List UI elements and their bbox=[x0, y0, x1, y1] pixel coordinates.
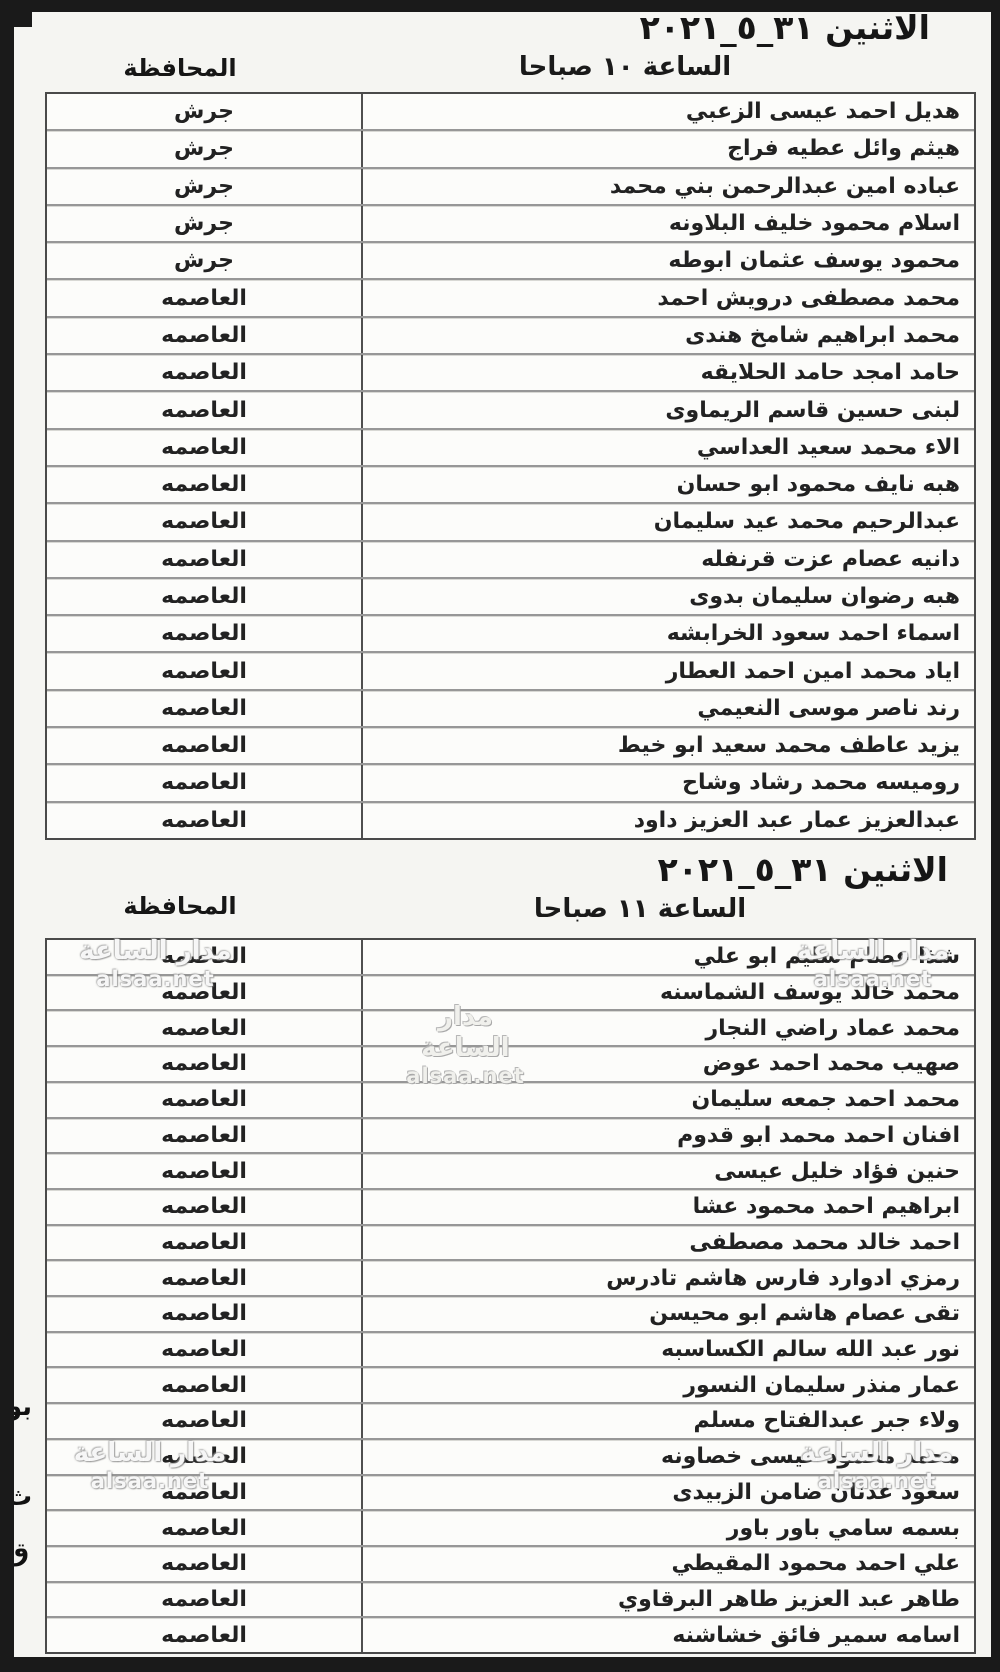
governorate-cell: العاصمه bbox=[47, 1119, 361, 1153]
governorate-cell: العاصمه bbox=[47, 1226, 361, 1260]
table-row: محمد مصطفى درويش احمد العاصمه bbox=[47, 280, 974, 317]
governorate-cell: جرش bbox=[47, 94, 361, 129]
table-row: عبدالعزيز عمار عبد العزيز داود العاصمه bbox=[47, 803, 974, 838]
person-name-cell: عبدالرحيم محمد عيد سليمان bbox=[361, 504, 974, 539]
governorate-cell: العاصمه bbox=[47, 616, 361, 651]
person-name-cell: علي احمد محمود المقيطي bbox=[361, 1547, 974, 1581]
governorate-cell: العاصمه bbox=[47, 1011, 361, 1045]
governorate-cell: العاصمه bbox=[47, 1261, 361, 1295]
table-row: هديل احمد عيسى الزعبي جرش bbox=[47, 94, 974, 131]
person-name-cell: الاء محمد سعيد العداسي bbox=[361, 430, 974, 465]
person-name-cell: احمد خالد محمد مصطفى bbox=[361, 1226, 974, 1260]
table-row: اسلام محمود خليف البلاونه جرش bbox=[47, 206, 974, 243]
person-name-cell: اسلام محمود خليف البلاونه bbox=[361, 206, 974, 241]
governorate-cell: العاصمه bbox=[47, 976, 361, 1010]
table-row: هيثم وائل عطيه فراج جرش bbox=[47, 131, 974, 168]
person-name-cell: سعود عدنان ضامن الزبيدى bbox=[361, 1476, 974, 1510]
person-name-cell: نور عبد الله سالم الكساسبه bbox=[361, 1333, 974, 1367]
person-name-cell: هبه نايف محمود ابو حسان bbox=[361, 467, 974, 502]
governorate-cell: العاصمه bbox=[47, 504, 361, 539]
person-name-cell: لبنى حسين قاسم الريماوى bbox=[361, 392, 974, 427]
table-row: شذا عصام سليم ابو علي العاصمه bbox=[47, 940, 974, 976]
person-name-cell: اسماء احمد سعود الخرابشه bbox=[361, 616, 974, 651]
section-time-heading: الساعة ١١ صباحا bbox=[515, 894, 765, 924]
person-name-cell: عمار منذر سليمان النسور bbox=[361, 1368, 974, 1402]
governorate-cell: جرش bbox=[47, 131, 361, 166]
table-row: علي احمد محمود المقيطي العاصمه bbox=[47, 1547, 974, 1583]
governorate-cell: العاصمه bbox=[47, 1440, 361, 1474]
table-row: اسامه سمير فائق خشاشنه العاصمه bbox=[47, 1618, 974, 1652]
table-row: رند ناصر موسى النعيمي العاصمه bbox=[47, 691, 974, 728]
governorate-cell: العاصمه bbox=[47, 803, 361, 838]
table-row: تقى عصام هاشم ابو محيسن العاصمه bbox=[47, 1297, 974, 1333]
governorate-cell: العاصمه bbox=[47, 579, 361, 614]
governorate-cell: العاصمه bbox=[47, 765, 361, 800]
governorate-cell: العاصمه bbox=[47, 1297, 361, 1331]
governorate-cell: العاصمه bbox=[47, 430, 361, 465]
table-row: محمد ابراهيم شامخ هندى العاصمه bbox=[47, 318, 974, 355]
table-row: عبدالرحيم محمد عيد سليمان العاصمه bbox=[47, 504, 974, 541]
table-row: نور عبد الله سالم الكساسبه العاصمه bbox=[47, 1333, 974, 1369]
table-row: بسمه سامي باور باور العاصمه bbox=[47, 1511, 974, 1547]
table-row: سعود عدنان ضامن الزبيدى العاصمه bbox=[47, 1476, 974, 1512]
table-row: روميسه محمد رشاد وشاح العاصمه bbox=[47, 765, 974, 802]
scan-edge-artifact: بو bbox=[6, 1392, 32, 1422]
governorate-cell: العاصمه bbox=[47, 467, 361, 502]
table-row: افنان احمد محمد ابو قدوم العاصمه bbox=[47, 1119, 974, 1155]
person-name-cell: روميسه محمد رشاد وشاح bbox=[361, 765, 974, 800]
governorate-cell: العاصمه bbox=[47, 1190, 361, 1224]
table-row: حامد امجد حامد الحلايقه العاصمه bbox=[47, 355, 974, 392]
governorate-cell: العاصمه bbox=[47, 940, 361, 974]
person-name-cell: اياد محمد امين احمد العطار bbox=[361, 653, 974, 688]
person-name-cell: رند ناصر موسى النعيمي bbox=[361, 691, 974, 726]
table-row: ابراهيم احمد محمود عشا العاصمه bbox=[47, 1190, 974, 1226]
governorate-cell: العاصمه bbox=[47, 392, 361, 427]
person-name-cell: محمد ابراهيم شامخ هندى bbox=[361, 318, 974, 353]
table-row: ولاء جبر عبدالفتاح مسلم العاصمه bbox=[47, 1404, 974, 1440]
person-name-cell: هيثم وائل عطيه فراج bbox=[361, 131, 974, 166]
governorate-cell: العاصمه bbox=[47, 1368, 361, 1402]
governorate-cell: جرش bbox=[47, 243, 361, 278]
governorate-cell: العاصمه bbox=[47, 318, 361, 353]
person-name-cell: طاهر عبد العزيز طاهر البرقاوي bbox=[361, 1583, 974, 1617]
table-row: عباده امين عبدالرحمن بني محمد جرش bbox=[47, 169, 974, 206]
governorate-cell: العاصمه bbox=[47, 691, 361, 726]
scan-edge-artifact: ق bbox=[6, 1538, 29, 1568]
person-name-cell: محمد خالد يوسف الشماسنه bbox=[361, 976, 974, 1010]
governorate-cell: جرش bbox=[47, 169, 361, 204]
table-row: اياد محمد امين احمد العطار العاصمه bbox=[47, 653, 974, 690]
table-row: محمد احمد جمعه سليمان العاصمه bbox=[47, 1083, 974, 1119]
table-row: يزيد عاطف محمد سعيد ابو خيط العاصمه bbox=[47, 728, 974, 765]
person-name-cell: محمود يوسف عثمان ابوطه bbox=[361, 243, 974, 278]
person-name-cell: عبدالعزيز عمار عبد العزيز داود bbox=[361, 803, 974, 838]
table-row: هبه رضوان سليمان بدوى العاصمه bbox=[47, 579, 974, 616]
governorate-cell: العاصمه bbox=[47, 1404, 361, 1438]
person-name-cell: محمد احمد جمعه سليمان bbox=[361, 1083, 974, 1117]
governorate-cell: العاصمه bbox=[47, 1047, 361, 1081]
table-row: عمار منذر سليمان النسور العاصمه bbox=[47, 1368, 974, 1404]
table-row: محمد عماد راضي النجار العاصمه bbox=[47, 1011, 974, 1047]
scan-edge-artifact: ث bbox=[6, 1482, 32, 1512]
person-name-cell: بسمه سامي باور باور bbox=[361, 1511, 974, 1545]
table-row: دانيه عصام عزت قرنفله العاصمه bbox=[47, 542, 974, 579]
table-row: احمد خالد محمد مصطفى العاصمه bbox=[47, 1226, 974, 1262]
person-name-cell: صهيب محمد احمد عوض bbox=[361, 1047, 974, 1081]
person-name-cell: رمزي ادوارد فارس هاشم تادرس bbox=[361, 1261, 974, 1295]
person-name-cell: حامد امجد حامد الحلايقه bbox=[361, 355, 974, 390]
section-date-heading: الاثنين ٣١_٥_٢٠٢١ bbox=[658, 850, 948, 889]
governorate-cell: العاصمه bbox=[47, 542, 361, 577]
table-row: محمد خالد يوسف الشماسنه العاصمه bbox=[47, 976, 974, 1012]
person-name-cell: هديل احمد عيسى الزعبي bbox=[361, 94, 974, 129]
governorate-cell: العاصمه bbox=[47, 1154, 361, 1188]
governorate-column-header: المحافظة bbox=[100, 892, 260, 920]
person-name-cell: حنين فؤاد خليل عيسى bbox=[361, 1154, 974, 1188]
governorate-cell: العاصمه bbox=[47, 280, 361, 315]
governorate-cell: العاصمه bbox=[47, 355, 361, 390]
table-row: طاهر عبد العزيز طاهر البرقاوي العاصمه bbox=[47, 1583, 974, 1619]
table-row: الاء محمد سعيد العداسي العاصمه bbox=[47, 430, 974, 467]
person-name-cell: افنان احمد محمد ابو قدوم bbox=[361, 1119, 974, 1153]
person-name-cell: ولاء جبر عبدالفتاح مسلم bbox=[361, 1404, 974, 1438]
governorate-column-header: المحافظة bbox=[100, 54, 260, 82]
section-date-heading: الاثنين ٣١_٥_٢٠٢١ bbox=[640, 8, 930, 47]
person-name-cell: هبه رضوان سليمان بدوى bbox=[361, 579, 974, 614]
person-name-cell: شذا عصام سليم ابو علي bbox=[361, 940, 974, 974]
table-row: محمود يوسف عثمان ابوطه جرش bbox=[47, 243, 974, 280]
table-row: محمد محمود عيسى خصاونه العاصمه bbox=[47, 1440, 974, 1476]
governorate-cell: جرش bbox=[47, 206, 361, 241]
section-time-heading: الساعة ١٠ صباحا bbox=[495, 52, 755, 82]
governorate-cell: العاصمه bbox=[47, 728, 361, 763]
governorate-cell: العاصمه bbox=[47, 1333, 361, 1367]
person-name-cell: دانيه عصام عزت قرنفله bbox=[361, 542, 974, 577]
table-row: صهيب محمد احمد عوض العاصمه bbox=[47, 1047, 974, 1083]
person-name-cell: ابراهيم احمد محمود عشا bbox=[361, 1190, 974, 1224]
appointments-table-10am: هديل احمد عيسى الزعبي جرش هيثم وائل عطيه… bbox=[45, 92, 976, 840]
person-name-cell: تقى عصام هاشم ابو محيسن bbox=[361, 1297, 974, 1331]
person-name-cell: يزيد عاطف محمد سعيد ابو خيط bbox=[361, 728, 974, 763]
person-name-cell: محمد مصطفى درويش احمد bbox=[361, 280, 974, 315]
person-name-cell: محمد عماد راضي النجار bbox=[361, 1011, 974, 1045]
governorate-cell: العاصمه bbox=[47, 653, 361, 688]
table-row: اسماء احمد سعود الخرابشه العاصمه bbox=[47, 616, 974, 653]
person-name-cell: عباده امين عبدالرحمن بني محمد bbox=[361, 169, 974, 204]
person-name-cell: اسامه سمير فائق خشاشنه bbox=[361, 1618, 974, 1652]
governorate-cell: العاصمه bbox=[47, 1583, 361, 1617]
governorate-cell: العاصمه bbox=[47, 1547, 361, 1581]
governorate-cell: العاصمه bbox=[47, 1511, 361, 1545]
governorate-cell: العاصمه bbox=[47, 1083, 361, 1117]
governorate-cell: العاصمه bbox=[47, 1618, 361, 1652]
table-row: لبنى حسين قاسم الريماوى العاصمه bbox=[47, 392, 974, 429]
governorate-cell: العاصمه bbox=[47, 1476, 361, 1510]
table-row: حنين فؤاد خليل عيسى العاصمه bbox=[47, 1154, 974, 1190]
table-row: رمزي ادوارد فارس هاشم تادرس العاصمه bbox=[47, 1261, 974, 1297]
table-row: هبه نايف محمود ابو حسان العاصمه bbox=[47, 467, 974, 504]
scan-corner-blob bbox=[0, 0, 32, 27]
appointments-table-11am: شذا عصام سليم ابو علي العاصمه محمد خالد … bbox=[45, 938, 976, 1654]
person-name-cell: محمد محمود عيسى خصاونه bbox=[361, 1440, 974, 1474]
scanned-schedule-document: الاثنين ٣١_٥_٢٠٢١ الساعة ١٠ صباحا المحاف… bbox=[0, 0, 1000, 1672]
